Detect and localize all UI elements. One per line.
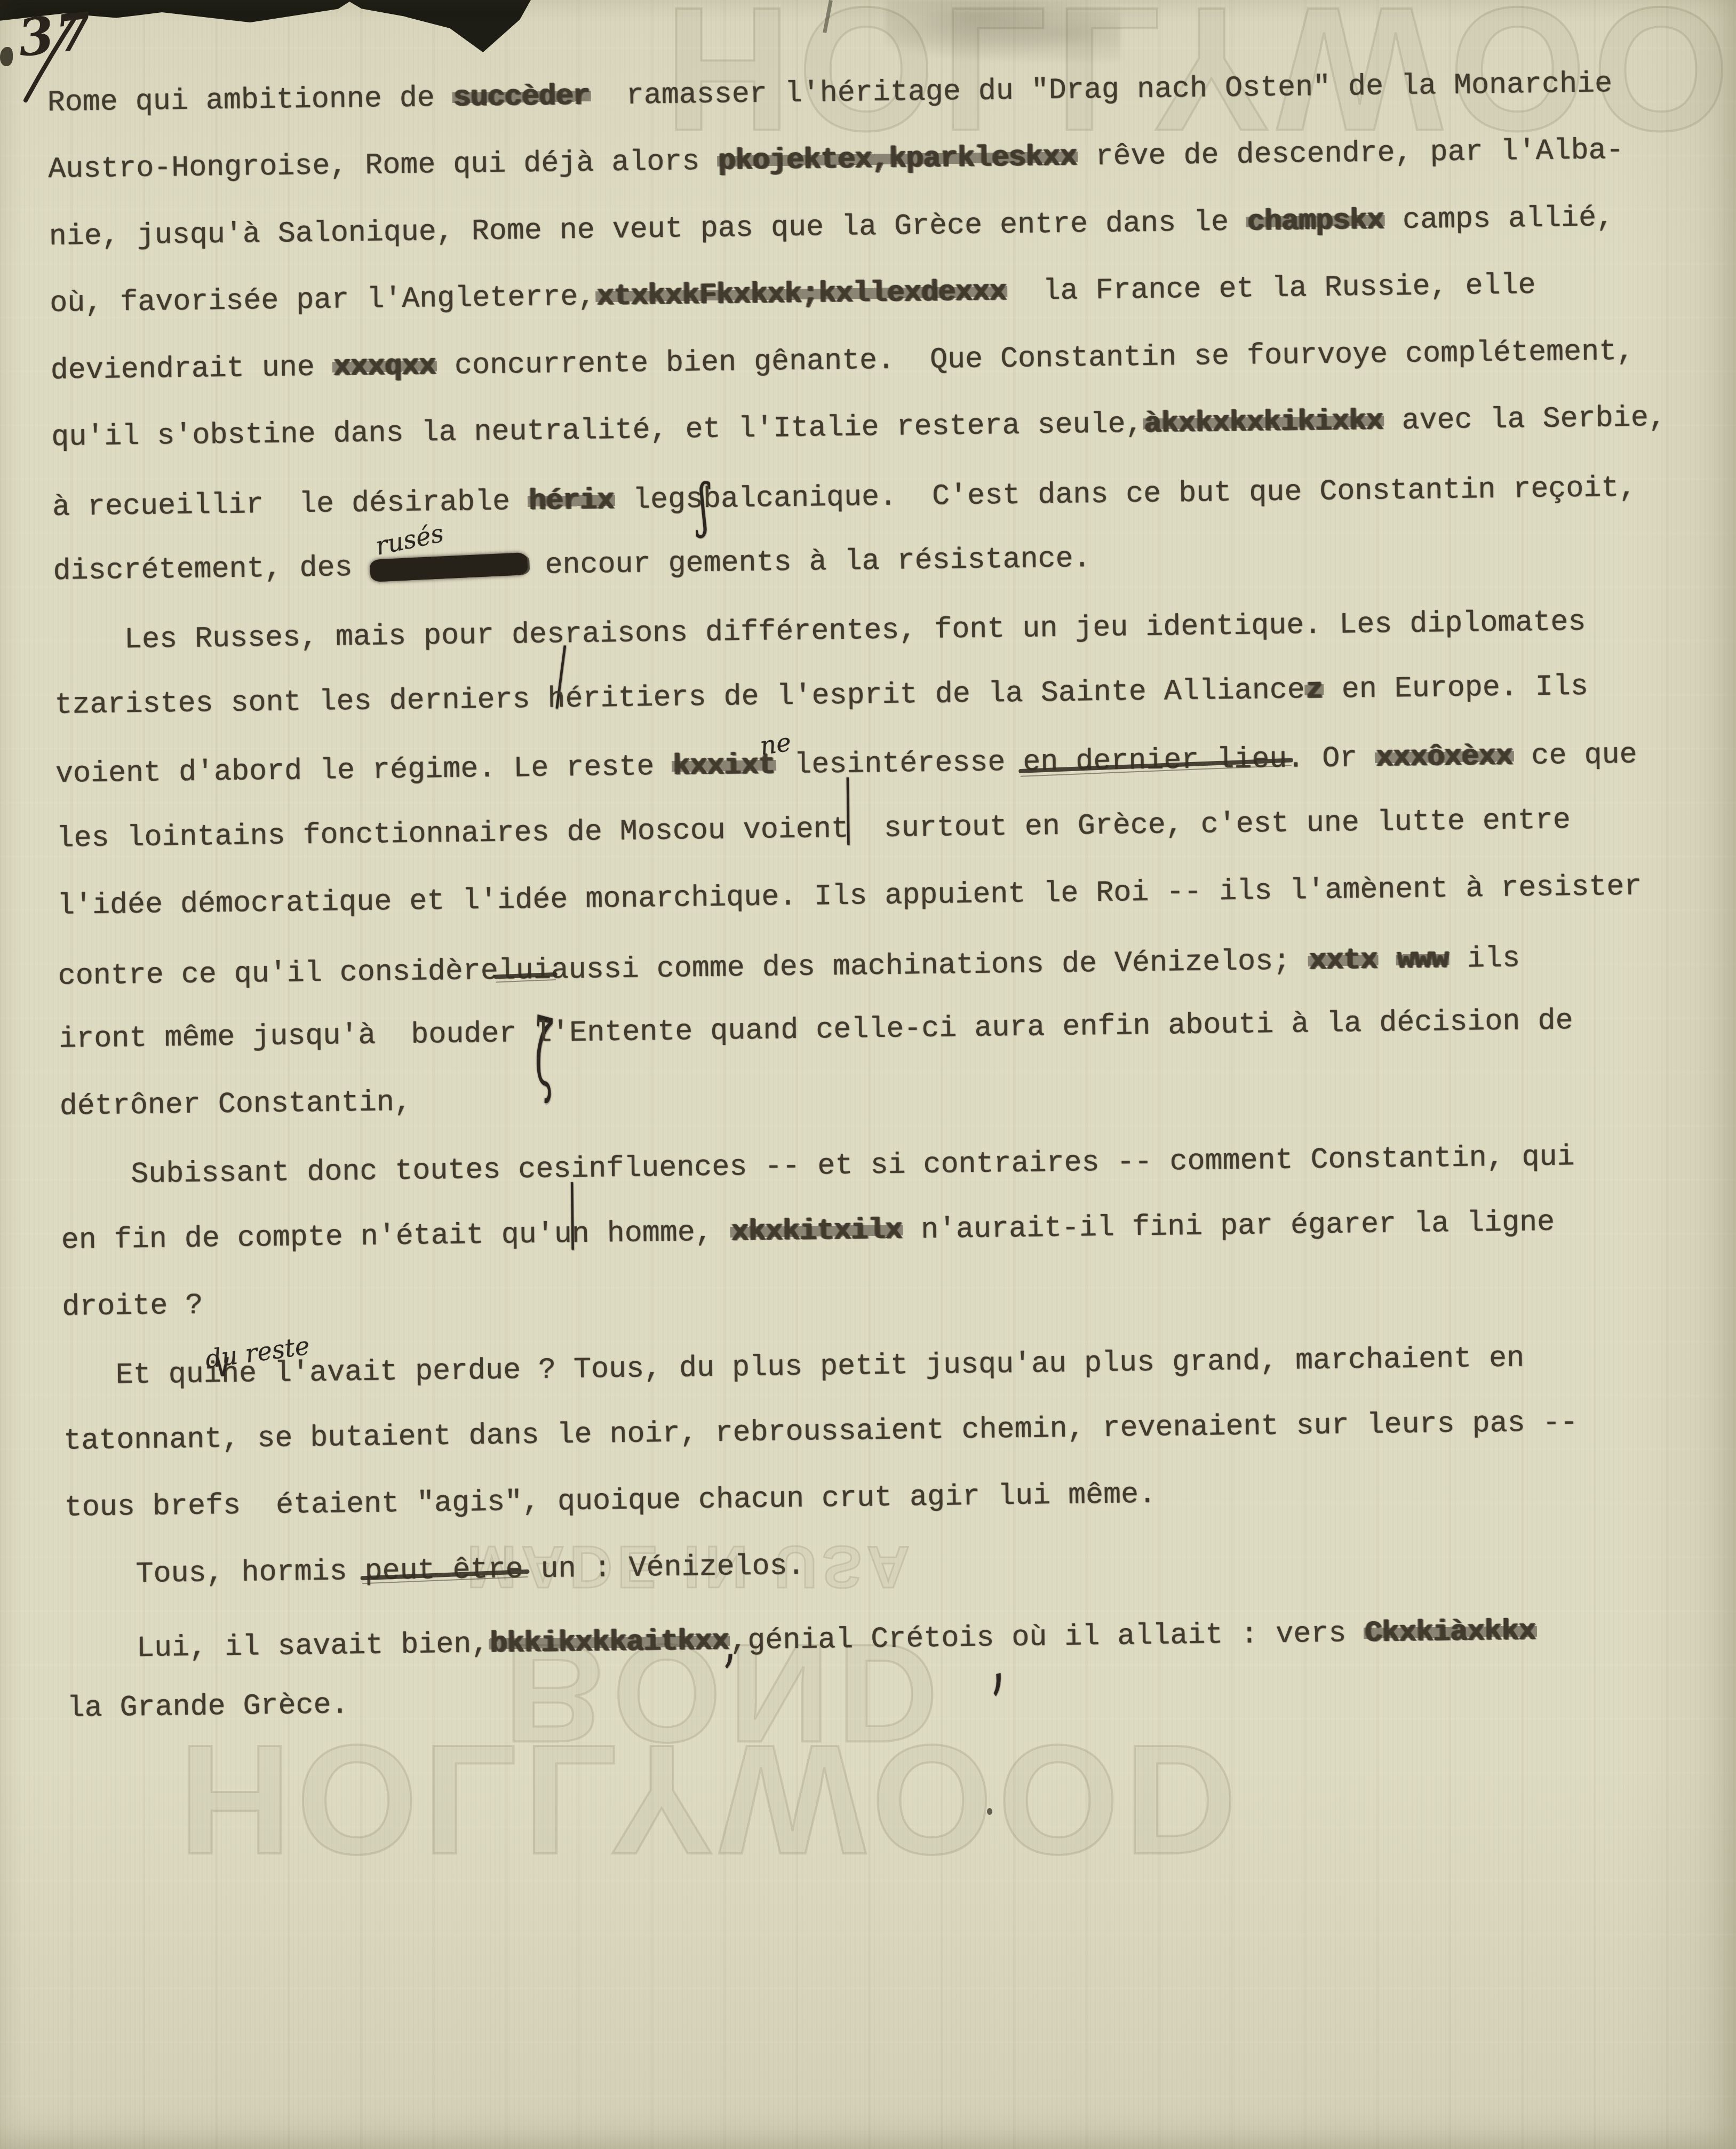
typed-text: encour gements à la résistance. [527,542,1091,582]
typed-text: influences -- et si contraires -- commen… [571,1140,1575,1186]
typed-text: Lui, il savait bien, [66,1627,489,1666]
pen-struck-text: en dernier lieu [1023,726,1288,796]
ink-speck [987,1808,992,1815]
typed-text: droite ? [62,1289,203,1324]
typed-text: où, favorisée par l'Angleterre, [50,280,596,320]
typed-text: un : Vénizelos. [523,1549,805,1585]
overtyped-strikeout: àkxkxkxkikixkx [1143,404,1384,441]
typed-text: détrôner Constantin, [59,1085,412,1123]
typed-text: voient d'abord le régime. Le reste [55,750,672,791]
handwritten-insertion: ne [759,730,793,759]
typed-text: où il allait : vers [994,1616,1364,1654]
typed-text: Rome qui ambitionne de [47,81,452,120]
overtyped-strikeout: pkojektex,kparkleskxx [717,140,1078,178]
typed-text: iront même jusqu'à bouder l'Entente quan… [59,1004,1573,1057]
typed-text: legs [615,482,704,517]
typed-text: Tous, hormis [65,1555,365,1592]
typed-text: en fin de compte n'était qu'un homme, [61,1215,730,1257]
overtyped-strikeout: xkxkitxilx [730,1213,904,1249]
typed-text: intéresse [847,746,1023,781]
typed-text: aussi comme des machinations de Vénizelo… [551,944,1308,987]
typed-text: deviendrait une [51,350,333,387]
typed-text: raisons différentes, font un jeu identiq… [564,605,1586,651]
typed-text: ne l'avait perdue ? Tous, du plus petit … [221,1342,1525,1391]
left-edge-ink-spot [0,47,13,66]
pen-mark-vbar: | [846,729,847,796]
typed-text: n'aurait-il fini par égarer la ligne [903,1205,1555,1247]
typed-text: tous brefs étaient "agis", quoique chacu… [65,1478,1157,1525]
paper-curl-mark [823,0,833,33]
pen-mark-comma-deep: , [993,1597,994,1669]
typed-text: qu'il s'obstine dans la neutralité, et l… [51,407,1143,454]
typed-text-block: Rome qui ambitionne de succèder ramasser… [47,49,1726,1742]
typed-text: tzaristes sont les derniers héritiers de… [54,673,1305,722]
typed-text: la France et la Russie, elle [1007,268,1536,308]
overtyped-strikeout: xxtx [1308,943,1379,978]
overtyped-strikeout: xtxkxkFkxkxk;kxllexdexxx [595,275,1008,313]
pen-struck-text: peut être [364,1536,524,1605]
overtyped-strikeout: xxxqxx [332,349,437,384]
typed-text: les lointains fonctionnaires de Moscou v… [56,804,1571,856]
overtyped-strikeout: Ckxkiàxkkx [1364,1614,1537,1650]
typed-text: rêve de descendre, par l'Alba- [1078,133,1624,173]
overtyped-strikeout: www [1396,942,1450,977]
typed-text: concurrente bien gênante. Que Constantin… [437,334,1635,382]
typed-text: la Grande Grèce. [67,1688,349,1725]
typed-text: Les Russes, mais pour des [54,617,565,657]
typed-text: ce que [1514,738,1637,773]
overtyped-strikeout: xxxôxèxx [1375,739,1514,774]
typed-text: contre ce qu'il considère [58,954,498,993]
typed-text: l'idée démocratique et l'idée monarchiqu… [57,869,1642,922]
overtyped-strikeout: succèder [452,80,591,115]
typed-text [1379,943,1397,977]
typed-text: balcanique. C'est dans ce but que Consta… [703,471,1637,516]
typed-text: ils [1450,941,1520,976]
pen-mark-vbar: | [571,1133,572,1200]
typed-text: Subissant donc toutes ces [60,1152,571,1192]
ink-blot: rusés [370,552,528,582]
pen-mark-slash: / [564,598,565,665]
typed-text: à recueillir le désirable [52,485,528,524]
overtyped-strikeout: z [1304,672,1324,706]
typed-text: discrétement, des [53,550,370,588]
typed-text: Austro-Hongroise, Rome qui déjà alors [48,145,718,186]
typed-text: nie, jusqu'à Salonique, Rome ne veut pas… [49,205,1246,253]
pen-mark-comma: , [729,1603,730,1672]
manuscript-page: HOLLYWOOD MADE IN USA BOND HOLLYWOOD 37 … [0,0,1736,2149]
torn-edge-center [347,0,531,54]
overtyped-strikeout: hérix [528,483,616,518]
typed-text: en Europe. Ils [1324,669,1588,706]
overtyped-strikeout: bkkikxkkaitkxx [489,1624,730,1661]
typed-text: ramasser l'héritage du "Drag nach Osten"… [591,67,1612,113]
typed-text: avec la Serbie, [1384,401,1666,438]
pen-mark-cedilla: ʃ [703,463,704,530]
typed-text: tatonnant, se butaient dans le noir, reb… [63,1406,1578,1458]
typed-text: . Or [1287,741,1375,776]
top-smudge [886,0,1120,61]
typed-text: Et qui [63,1358,222,1393]
typed-text: camps allié, [1385,201,1614,237]
typed-text: ,génial Crétois [730,1621,994,1658]
overtyped-strikeout: champskx [1246,203,1385,239]
